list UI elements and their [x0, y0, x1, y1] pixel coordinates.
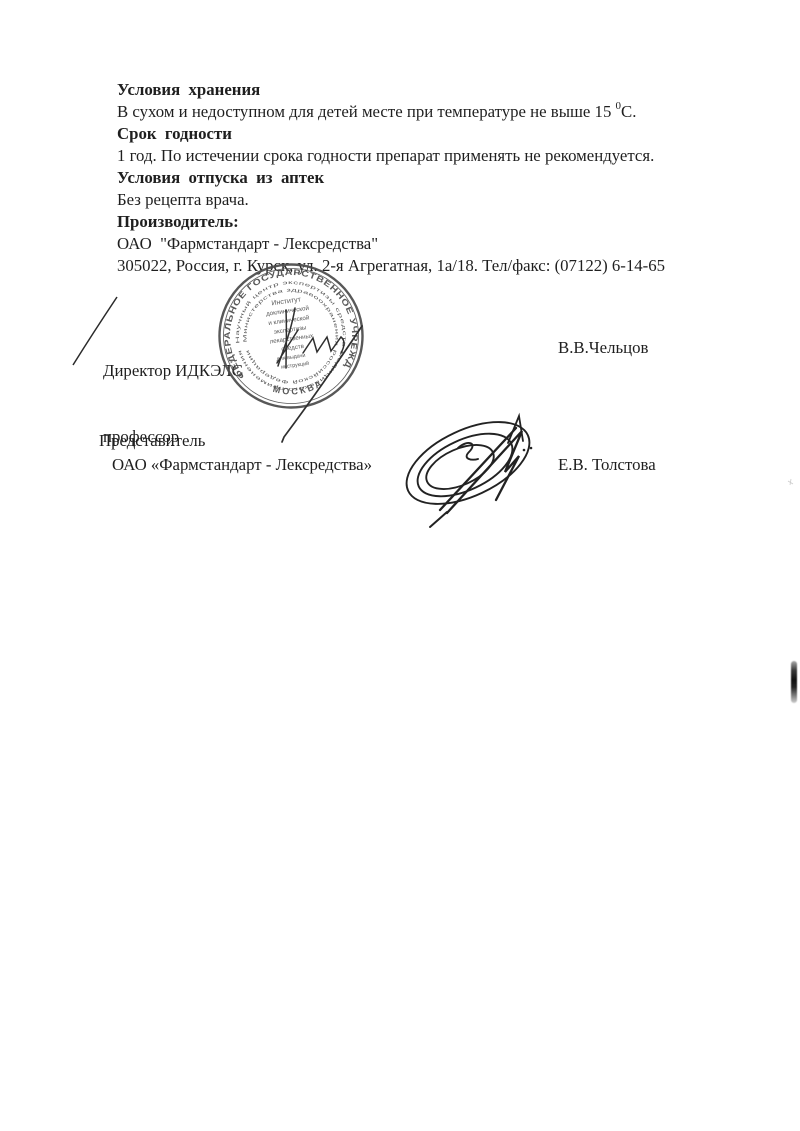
producer-heading: Производитель:: [117, 211, 697, 233]
handwritten-signatures-overlay: [60, 240, 800, 550]
director-signature: [277, 308, 362, 442]
storage-conditions-heading: Условия хранения: [117, 79, 697, 101]
temperature-superscript: 0: [616, 100, 622, 112]
scanned-document-page: Условия хранения В сухом и недоступном д…: [0, 0, 800, 1131]
shelf-life-heading: Срок годности: [117, 123, 697, 145]
shelf-life-text: 1 год. По истечении срока годности препа…: [117, 145, 697, 167]
pen-slash-mark: [73, 297, 117, 365]
dispensing-text: Без рецепта врача.: [117, 189, 697, 211]
scan-smudge-artifact: [791, 661, 797, 703]
representative-signature: [394, 405, 542, 527]
storage-conditions-text: В сухом и недоступном для детей месте пр…: [117, 101, 697, 123]
dispensing-heading: Условия отпуска из аптек: [117, 167, 697, 189]
scan-speck: [788, 479, 793, 485]
